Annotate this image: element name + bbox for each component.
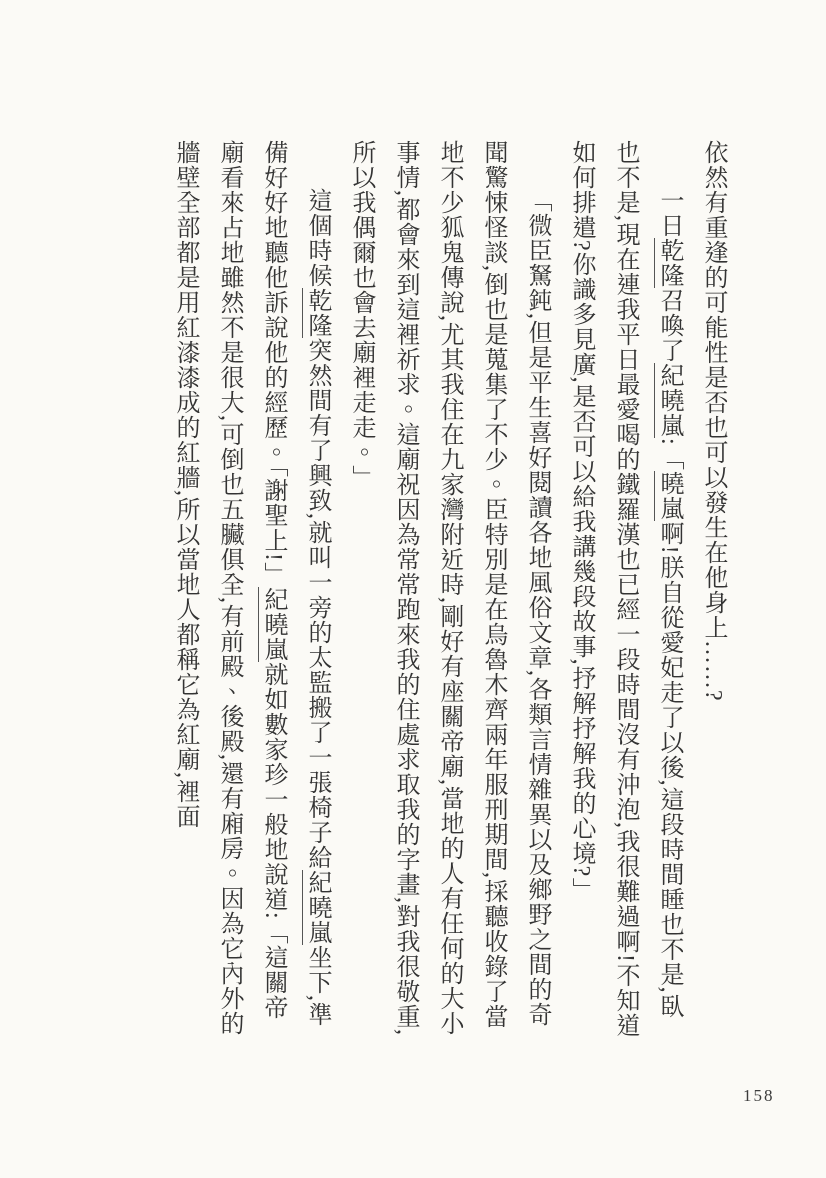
proper-noun-underline: 曉嵐 — [654, 471, 682, 521]
proper-noun-underline: 紀曉嵐 — [654, 363, 682, 438]
proper-noun-underline: 乾隆 — [302, 288, 330, 338]
page-number: 158 — [743, 1086, 775, 1106]
paragraph: 這個時候乾隆突然間有了興致,就叫一旁的太監搬了一張椅子給紀曉嵐坐下,準備好好地聽… — [163, 140, 339, 1042]
book-page: 依然有重逢的可能性是否也可以發生在他身上……? 一日乾隆召喚了紀曉嵐:「曉嵐啊!… — [0, 0, 826, 1178]
paragraph-text: 一日 — [656, 188, 682, 238]
proper-noun-underline: 乾隆 — [654, 238, 682, 288]
paragraph-text: 依然有重逢的可能性是否也可以發生在他身上……? — [700, 140, 726, 702]
proper-noun-underline: 紀曉嵐 — [258, 587, 286, 662]
paragraph-text: 這個時候 — [304, 188, 330, 288]
paragraph-text: 「微臣駑鈍,但是平生喜好閱讀各地風俗文章,各類言情雜異以及鄉野之間的奇聞驚悚怪談… — [348, 140, 550, 1036]
paragraph-text: 突然間有了興致,就叫一旁的太監搬了一張椅子給 — [304, 338, 330, 870]
paragraph: 「微臣駑鈍,但是平生喜好閱讀各地風俗文章,各類言情雜異以及鄉野之間的奇聞驚悚怪談… — [339, 140, 559, 1042]
paragraph-continuation: 依然有重逢的可能性是否也可以發生在他身上……? — [691, 140, 735, 1042]
paragraph-text: 召喚了 — [656, 288, 682, 363]
paragraph-text: :「 — [656, 438, 682, 471]
vertical-text-block: 依然有重逢的可能性是否也可以發生在他身上……? 一日乾隆召喚了紀曉嵐:「曉嵐啊!… — [95, 140, 735, 1042]
proper-noun-underline: 紀曉嵐 — [302, 870, 330, 945]
paragraph: 一日乾隆召喚了紀曉嵐:「曉嵐啊!朕自從愛妃走了以後,這段時間睡也不是,臥也不是,… — [559, 140, 691, 1042]
